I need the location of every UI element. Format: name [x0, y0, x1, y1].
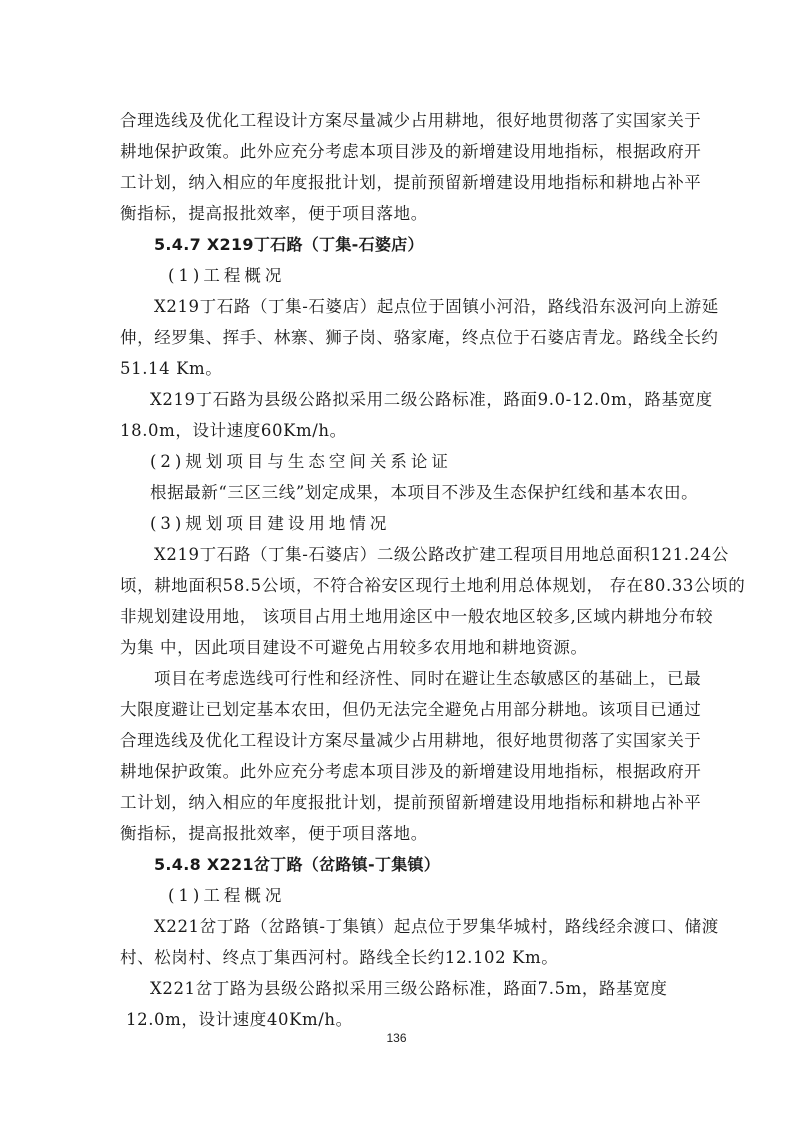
- paragraph-line: 项目在考虑选线可行性和经济性、同时在避让生态敏感区的基础上，已最: [154, 669, 714, 689]
- paragraph-line: 51.14 Km。: [120, 359, 680, 379]
- paragraph-line: 非规划建设用地， 该项目占用土地用途区中一般农地区较多,区域内耕地分布较: [120, 607, 680, 627]
- paragraph-line: 根据最新“三区三线”划定成果，本项目不涉及生态保护红线和基本农田。: [150, 483, 710, 503]
- paragraph-line: 合理选线及优化工程设计方案尽量减少占用耕地，很好地贯彻落了实国家关于: [120, 111, 672, 131]
- paragraph-line: 耕地保护政策。此外应充分考虑本项目涉及的新增建设用地指标，根据政府开: [120, 762, 672, 782]
- paragraph-line: 18.0m，设计速度60Km/h。: [120, 421, 680, 441]
- paragraph-line: 村、松岗村、终点丁集西河村。路线全长约12.102 Km。: [120, 948, 680, 968]
- subsection-heading: (2)规划项目与生态空间关系论证: [150, 452, 710, 472]
- subsection-heading: (1)工程概况: [168, 886, 728, 906]
- paragraph-line: 工计划，纳入相应的年度报批计划，提前预留新增建设用地指标和耕地占补平: [120, 173, 672, 193]
- paragraph-line: 伸，经罗集、挥手、林寨、狮子岗、骆家庵，终点位于石婆店青龙。路线全长约: [120, 328, 680, 348]
- paragraph-line: 衡指标，提高报批效率，便于项目落地。: [120, 824, 680, 844]
- subsection-heading: (3)规划项目建设用地情况: [150, 514, 710, 534]
- paragraph-line: 合理选线及优化工程设计方案尽量减少占用耕地，很好地贯彻落了实国家关于: [120, 731, 672, 751]
- paragraph-line: X221岔丁路为县级公路拟采用三级公路标准，路面7.5m，路基宽度: [150, 979, 710, 999]
- paragraph-line: 大限度避让已划定基本农田，但仍无法完全避免占用部分耕地。该项目已通过: [120, 700, 672, 720]
- paragraph-line: 顷，耕地面积58.5公顷，不符合裕安区现行土地利用总体规划， 存在80.33公顷…: [120, 576, 680, 596]
- page-number: 136: [0, 1031, 793, 1045]
- paragraph-line: X221岔丁路（岔路镇-丁集镇）起点位于罗集华城村，路线经余渡口、储渡: [154, 917, 714, 937]
- paragraph-line: X219丁石路（丁集-石婆店）起点位于固镇小河沿，路线沿东汲河向上游延: [154, 297, 714, 317]
- subsection-heading: (1)工程概况: [168, 266, 728, 286]
- section-heading: 5.4.8 X221岔丁路（岔路镇-丁集镇）: [154, 855, 714, 875]
- document-page: 合理选线及优化工程设计方案尽量减少占用耕地，很好地贯彻落了实国家关于耕地保护政策…: [0, 0, 793, 1122]
- paragraph-line: X219丁石路（丁集-石婆店）二级公路改扩建工程项目用地总面积121.24公: [154, 545, 714, 565]
- paragraph-line: 为集 中，因此项目建设不可避免占用较多农用地和耕地资源。: [120, 638, 680, 658]
- paragraph-line: 工计划，纳入相应的年度报批计划，提前预留新增建设用地指标和耕地占补平: [120, 793, 672, 813]
- paragraph-line: 衡指标，提高报批效率，便于项目落地。: [120, 204, 680, 224]
- paragraph-line: 耕地保护政策。此外应充分考虑本项目涉及的新增建设用地指标，根据政府开: [120, 142, 672, 162]
- paragraph-line: 12.0m，设计速度40Km/h。: [126, 1010, 686, 1030]
- section-heading: 5.4.7 X219丁石路（丁集-石婆店）: [154, 235, 714, 255]
- paragraph-line: X219丁石路为县级公路拟采用二级公路标准，路面9.0-12.0m，路基宽度: [150, 390, 710, 410]
